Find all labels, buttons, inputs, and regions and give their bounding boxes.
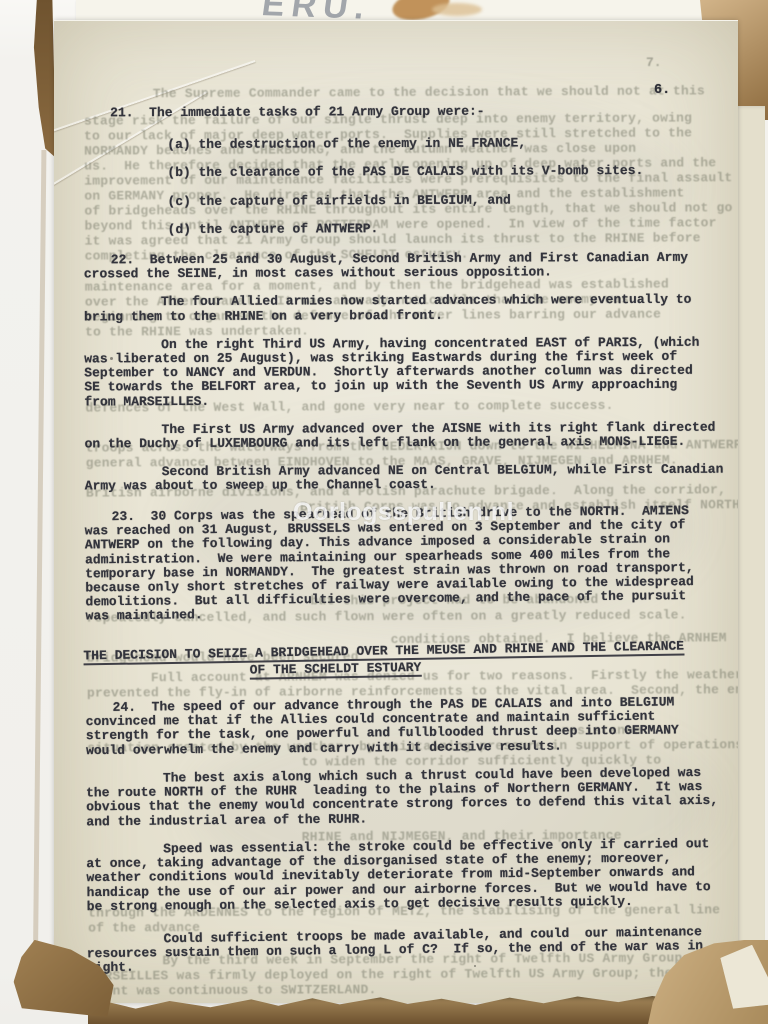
- text-line: (b) the clearance of the PAS DE CALAIS w…: [167, 164, 733, 181]
- para-right: On the right Third US Army, having conce…: [84, 335, 734, 409]
- watermark: Oorlogsspullen.nl: [293, 498, 514, 527]
- item-b: (b) the clearance of the PAS DE CALAIS w…: [167, 164, 733, 181]
- para-could: Could sufficient troops be made availabl…: [87, 925, 738, 976]
- para-21: 21. The immediate tasks of 21 Army Group…: [83, 104, 733, 121]
- item-a: (a) the destruction of the enemy in NE F…: [167, 136, 733, 153]
- document-photo: ERU. The Supreme Commander came to the d…: [0, 0, 768, 1024]
- text-line: 21. The immediate tasks of 21 Army Group…: [83, 104, 733, 121]
- page-number: 6.: [654, 83, 670, 98]
- para-best: The best axis along which such a thrust …: [86, 766, 737, 830]
- item-c: (c) the capture of airfields in BELGIUM,…: [167, 192, 733, 209]
- item-d: (d) the capture of ANTWERP.: [168, 220, 734, 237]
- tape-stain: [432, 3, 482, 16]
- bleedthrough-text-line: The Supreme Commander came to the decisi…: [153, 83, 705, 101]
- typed-text: 21. The immediate tasks of 21 Army Group…: [83, 104, 737, 973]
- para-four: The four Allied armies now started advan…: [84, 293, 734, 324]
- text-line: Army was about to sweep up the Channel c…: [85, 477, 735, 494]
- text-line: (a) the destruction of the enemy in NE F…: [167, 136, 733, 153]
- para-first-us: The First US Army advanced over the AISN…: [84, 420, 734, 451]
- binder-spine: [32, 0, 56, 158]
- para-second: Second British Army advanced NE on Centr…: [85, 463, 735, 494]
- bleedthrough-text-line: front was continuous to SWITZERLAND.: [88, 982, 376, 999]
- text-line: crossed the SEINE, in most cases without…: [84, 265, 734, 282]
- text-line: from MARSEILLES.: [84, 392, 734, 409]
- heading: THE DECISION TO SEIZE A BRIDGEHEAD OVER …: [83, 637, 735, 682]
- text-line: (c) the capture of airfields in BELGIUM,…: [167, 192, 733, 209]
- para-speed: Speed was essential: the stroke could be…: [86, 837, 737, 914]
- text-line: bring them to the RHINE on a very broad …: [84, 307, 734, 324]
- binder-spine-edge: [33, 150, 47, 995]
- ghost-page-number: 7.: [646, 55, 662, 70]
- para-24: 24. The speed of our advance through the…: [86, 695, 737, 758]
- text-line: (d) the capture of ANTWERP.: [168, 220, 734, 237]
- para-22: 22. Between 25 and 30 August, Second Bri…: [84, 251, 734, 282]
- text-line: on the Duchy of LUXEMBOURG and its left …: [85, 435, 735, 452]
